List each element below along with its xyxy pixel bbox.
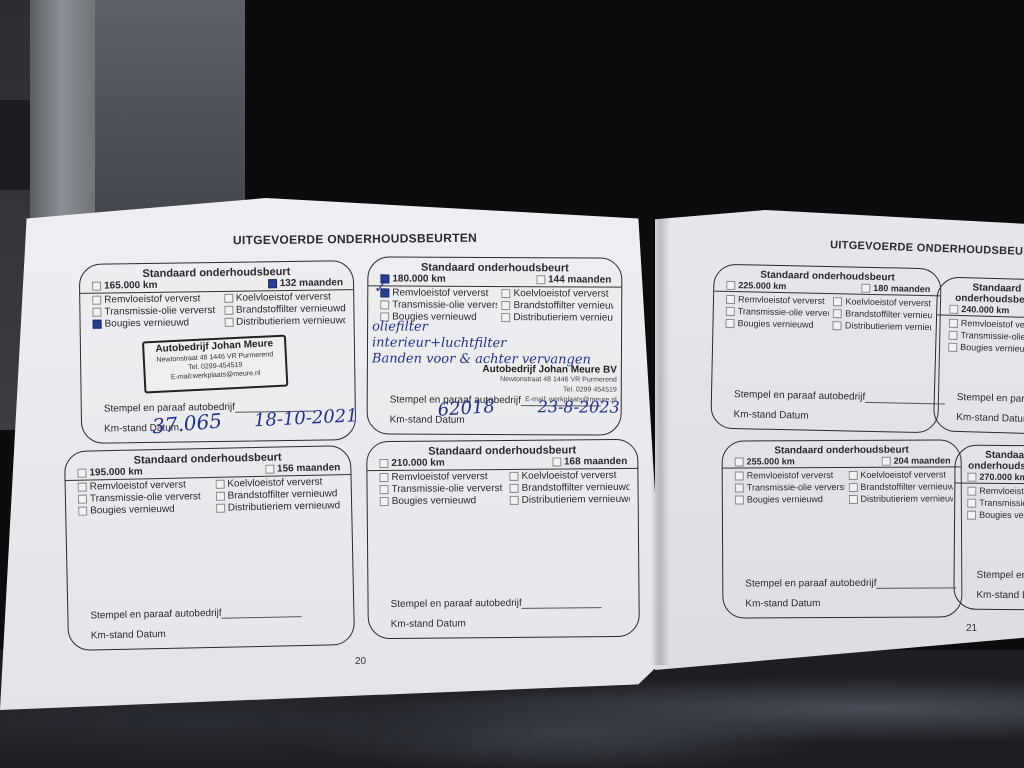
checkbox[interactable] bbox=[948, 343, 957, 352]
service-card: Standaard onderhoudsbeurt240.000 kmRemvl… bbox=[933, 276, 1024, 434]
checkbox[interactable] bbox=[379, 473, 388, 482]
checkbox[interactable] bbox=[216, 504, 225, 513]
checkbox[interactable] bbox=[92, 307, 101, 316]
checkbox[interactable] bbox=[848, 495, 857, 504]
checklist-item: Remvloeistof ververst bbox=[380, 287, 497, 300]
signature-line: Stempel en paraaf autobedrijf bbox=[90, 605, 331, 621]
checkbox[interactable] bbox=[949, 319, 958, 328]
service-card: Standaard onderhoudsbeurt180.000 km144 m… bbox=[367, 256, 623, 435]
handwritten-km: 62018 bbox=[437, 396, 496, 421]
checklist-item: Distributieriem vernieuwd bbox=[848, 493, 952, 506]
checklist: Remvloeistof ververstKoelvloeistof verve… bbox=[367, 469, 637, 508]
checklist-item: Brandstoffilter vernieuwd bbox=[848, 481, 952, 494]
km-interval: 255.000 km bbox=[735, 456, 795, 466]
checkbox[interactable] bbox=[78, 494, 87, 503]
checkbox[interactable] bbox=[833, 309, 842, 318]
checklist-item: Brandstoffilter vernieuwd bbox=[509, 482, 629, 495]
months-interval: 168 maanden bbox=[552, 456, 627, 468]
checklist-item: Bougies vernieuwd bbox=[735, 493, 845, 506]
months-interval: 132 maanden bbox=[268, 277, 344, 289]
checkbox[interactable] bbox=[967, 499, 976, 508]
checkbox[interactable] bbox=[735, 496, 744, 505]
checklist-item: Bougies vernieuwd bbox=[948, 341, 1024, 356]
book-gutter bbox=[650, 215, 670, 665]
page-heading-left: UITGEVOERDE ONDERHOUDSBEURTEN bbox=[233, 231, 477, 248]
checkbox[interactable] bbox=[92, 281, 101, 290]
checkbox[interactable] bbox=[735, 458, 744, 467]
km-date-line: Km-stand Datum bbox=[745, 597, 939, 609]
checklist-item: Brandstoffilter vernieuwd bbox=[501, 300, 613, 313]
checkbox[interactable] bbox=[224, 294, 233, 303]
checkbox[interactable] bbox=[265, 464, 274, 473]
handwritten-date: 18-10-2021 bbox=[253, 405, 358, 431]
checklist: Remvloeistof ververstKoelvloeistof verve… bbox=[723, 468, 961, 506]
checklist: Remvloeistof ververstKoelvloeistof verve… bbox=[713, 292, 940, 334]
checkbox[interactable] bbox=[224, 318, 233, 327]
checkbox[interactable] bbox=[882, 457, 891, 466]
checkbox[interactable] bbox=[93, 319, 102, 328]
checkbox[interactable] bbox=[536, 275, 545, 284]
service-card: Standaard onderhoudsbeurt210.000 km168 m… bbox=[366, 439, 640, 639]
maintenance-booklet: UITGEVOERDE ONDERHOUDSBEURTEN UITGEVOERD… bbox=[0, 0, 1024, 768]
service-card: Standaard onderhoudsbeurt195.000 km156 m… bbox=[64, 445, 355, 651]
checklist-item: Koelvloeistof ververst bbox=[848, 469, 952, 482]
checkbox[interactable] bbox=[949, 305, 958, 314]
checklist-item: Transmissie-olie ververst bbox=[380, 299, 497, 312]
checkbox[interactable] bbox=[78, 482, 87, 491]
handwritten-km: 37.065 bbox=[151, 409, 223, 439]
checklist-item: Remvloeistof ververst bbox=[379, 471, 505, 484]
checklist-item: Distributieriem vernieuwd bbox=[501, 312, 613, 325]
checklist-item: Bougies vernieuwd bbox=[380, 495, 506, 508]
dealer-stamp: Autobedrijf Johan MeureNewtonstraat 48 1… bbox=[142, 335, 288, 394]
checkbox[interactable] bbox=[967, 511, 976, 520]
checklist: Remvloeistof ververstKoelvloeistof verve… bbox=[80, 290, 353, 331]
signature-line: Stempel en paraaf autobedrijf bbox=[734, 389, 916, 404]
checklist-item: Transmissie-olie ververst bbox=[735, 481, 845, 494]
km-interval: 210.000 km bbox=[379, 458, 444, 470]
km-interval: 180.000 km bbox=[380, 273, 445, 284]
checkbox[interactable] bbox=[948, 331, 957, 340]
checklist: Remvloeistof ververstKoelvloeistof verve… bbox=[66, 475, 352, 518]
km-date-line: Km-stand Datum bbox=[976, 590, 1024, 602]
handwritten-note: interieur+luchtfilter bbox=[372, 335, 506, 351]
km-interval: 225.000 km bbox=[726, 280, 786, 291]
checklist-item: Koelvloeistof ververst bbox=[502, 288, 614, 301]
km-interval: 270.000 km bbox=[967, 472, 1024, 483]
checklist-item: Bougies vernieuwd bbox=[78, 503, 212, 518]
checklist-item: Distributieriem vernieuwd bbox=[216, 500, 344, 515]
checkbox[interactable] bbox=[380, 497, 389, 506]
checkbox[interactable] bbox=[380, 485, 389, 494]
checklist-item: Transmissie-olie ververst bbox=[380, 483, 506, 496]
checklist-item: Koelvloeistof ververst bbox=[509, 470, 629, 483]
page-number-right: 21 bbox=[966, 623, 977, 634]
signature-line: Stempel en paraaf autobedrijf bbox=[957, 392, 1024, 405]
km-interval: 195.000 km bbox=[77, 466, 143, 478]
checklist-item: Remvloeistof ververst bbox=[967, 485, 1024, 498]
checkbox[interactable] bbox=[501, 301, 510, 310]
checklist-item: Remvloeistof ververst bbox=[735, 469, 845, 482]
km-date-line: Km-stand Datum bbox=[91, 625, 332, 641]
card-title: Standaard onderhoudsbeurt bbox=[955, 450, 1024, 473]
months-interval: 204 maanden bbox=[882, 455, 951, 465]
interval-row: 270.000 km bbox=[955, 472, 1024, 485]
signature-line: Stempel en paraaf autobedrijf bbox=[391, 597, 617, 610]
checklist: Remvloeistof ververstTransmissie-olie ve… bbox=[955, 484, 1024, 522]
checkbox[interactable] bbox=[510, 496, 519, 505]
checkbox[interactable] bbox=[735, 472, 744, 481]
service-card: Standaard onderhoudsbeurt225.000 km180 m… bbox=[710, 264, 941, 434]
checkbox[interactable] bbox=[215, 480, 224, 489]
checkbox[interactable] bbox=[379, 459, 388, 468]
km-interval: 165.000 km bbox=[92, 280, 158, 292]
service-card: Standaard onderhoudsbeurt255.000 km204 m… bbox=[722, 439, 963, 618]
checklist-item: Distributieriem vernieuwd bbox=[224, 315, 346, 329]
checklist-item: Distributieriem vernieuwd bbox=[510, 494, 630, 507]
checklist-item: Bougies vernieuwd bbox=[725, 317, 829, 331]
checkbox[interactable] bbox=[725, 319, 734, 328]
checkbox[interactable] bbox=[380, 300, 389, 309]
checklist-item: Bougies vernieuwd bbox=[967, 509, 1024, 522]
page-number-left: 20 bbox=[355, 656, 366, 667]
checkbox[interactable] bbox=[78, 506, 87, 515]
km-date-line: Km-stand Datum bbox=[391, 617, 617, 630]
checklist-item: Bougies vernieuwd bbox=[93, 317, 221, 331]
months-interval: 144 maanden bbox=[536, 274, 611, 285]
checkbox[interactable] bbox=[510, 484, 519, 493]
km-date-line: Km-stand Datum bbox=[956, 412, 1024, 425]
km-date-line: Km-stand Datum bbox=[733, 409, 915, 424]
checkbox[interactable] bbox=[552, 457, 561, 466]
checkbox[interactable] bbox=[77, 468, 86, 477]
checkbox[interactable] bbox=[848, 483, 857, 492]
checkbox[interactable] bbox=[501, 313, 510, 322]
service-card: Standaard onderhoudsbeurt165.000 km132 m… bbox=[79, 260, 356, 444]
checkbox[interactable] bbox=[726, 281, 735, 290]
handwritten-date: 23-8-2023 bbox=[538, 397, 620, 416]
checkbox[interactable] bbox=[833, 297, 842, 306]
checkbox[interactable] bbox=[833, 321, 842, 330]
checkbox[interactable] bbox=[861, 284, 870, 293]
handwritten-note: oliefilter bbox=[372, 319, 428, 334]
checkbox[interactable] bbox=[967, 473, 976, 482]
checkbox[interactable] bbox=[268, 279, 277, 288]
checkbox[interactable] bbox=[509, 472, 518, 481]
handwritten-checkmark: ✓ bbox=[374, 279, 386, 296]
handwritten-note: Banden voor & achter vervangen bbox=[372, 351, 591, 367]
checkbox[interactable] bbox=[967, 487, 976, 496]
signature-line: Stempel en paraaf autobedrijf bbox=[745, 577, 939, 589]
checkbox[interactable] bbox=[224, 306, 233, 315]
signature-line: Stempel en paraaf autobedrijf bbox=[977, 570, 1024, 582]
months-interval: 180 maanden bbox=[861, 283, 930, 295]
checklist: Remvloeistof ververstTransmissie-olie ve… bbox=[936, 315, 1024, 355]
checkbox[interactable] bbox=[735, 484, 744, 493]
km-interval: 240.000 km bbox=[949, 304, 1009, 316]
checkbox[interactable] bbox=[502, 289, 511, 298]
months-interval: 156 maanden bbox=[265, 462, 341, 475]
checklist-item: Distributieriem vernieuwd bbox=[833, 319, 932, 333]
checkbox[interactable] bbox=[726, 307, 735, 316]
service-card: Standaard onderhoudsbeurt270.000 kmRemvl… bbox=[953, 445, 1024, 611]
checkbox[interactable] bbox=[215, 492, 224, 501]
checkbox[interactable] bbox=[92, 295, 101, 304]
checkbox[interactable] bbox=[848, 471, 857, 480]
checklist-item: Transmissie-olie ververst bbox=[967, 497, 1024, 510]
interval-row: 180.000 km144 maanden bbox=[368, 273, 621, 287]
checkbox[interactable] bbox=[726, 295, 735, 304]
